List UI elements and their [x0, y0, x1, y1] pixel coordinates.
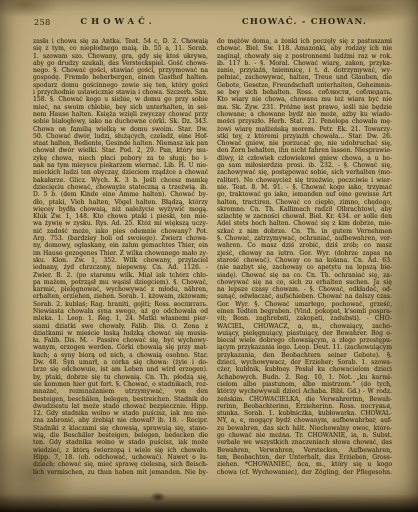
text-line: Kto wiary nie chowa, chowana mu też wiar…: [217, 96, 392, 103]
text-line: dliwy, iż człowiek człowiekowi gniew cho…: [217, 155, 392, 162]
text-line: ziehen. *CHOWANIEC, ńca, m., który się u…: [217, 461, 392, 468]
text-line: ma. Sk. Żyw. 231. Próżne iest prawo, ieś…: [217, 104, 392, 111]
text-line: Dw. 48. Syn umarł, a córka się chowa: (ż…: [33, 359, 208, 366]
text-line: przykazania, den Beobachtern seiner Gebo…: [217, 352, 392, 359]
text-line: lich vermischen, zu thun haben mit jeman…: [33, 469, 208, 476]
text-line: Gebote, Gesetze, Freundschaft unterhalte…: [217, 82, 392, 89]
paper-stain: [150, 492, 166, 502]
text-line: iącym przykazania iego. Leop. Deut. 11. …: [217, 344, 392, 351]
text-line: 158. §. Chować kogo u siebie, w domu go …: [33, 96, 208, 103]
text-line: nie. Teat. 8. M. 91. - §. Chować kogo ia…: [217, 184, 392, 191]
text-columns: zasła i chowa się za Antka. Teat. 54 c, …: [33, 38, 392, 476]
text-line: Kluk Zw. 1, 148. Kto chowa ptaki i piesk…: [33, 213, 208, 220]
text-line: vit; Bosn. zaghrebsti, zakopati, zadubst…: [217, 315, 392, 322]
text-line: 1. szowam szo. Chowany, gra, gdy się kto…: [33, 53, 208, 60]
text-line: sku. Klon. Zw. 1, 352. Wilk chowany, prz…: [33, 257, 208, 264]
text-line: stki tey, z któremi przyiaźń chowała... …: [217, 133, 392, 140]
text-line: Niewiasta chowała syna swego, aż go odch…: [33, 308, 208, 315]
text-line: staat halten, Bediente, Gesinde halten. …: [33, 140, 208, 147]
text-line: ła. Falib. Dis. M. - Passive chować się,…: [33, 337, 208, 344]
text-line: brze się odchowuie, ist am Leben und wir…: [33, 366, 208, 373]
text-line: go chować nie można. Tr. CHOWANIE, ia, n…: [217, 432, 392, 439]
text-line: zasła i chowa się za Antka. Teat. 54 c, …: [33, 38, 208, 45]
text-line: chowa (cf. Wychowaniec), der Zögling, de…: [217, 469, 392, 476]
text-line: Chowa on familią wielką w domu swoim. St…: [33, 126, 208, 133]
text-line: siadę). Chować się na co. Cn. Th. ochran…: [217, 272, 392, 279]
text-line: dziach: chować się, mieć sprawę cielesną…: [33, 461, 208, 468]
text-line: gospodę. Fremde beherbergen, einen Gasth…: [33, 74, 208, 81]
text-line: §. Chować, zatrzymywać, ochraniać, aufbe…: [217, 235, 392, 242]
text-line: dziecięciu chować, chowayże stateczną a …: [33, 184, 208, 191]
text-line: Stadniki z klaczami się chowaią, sprawui…: [33, 425, 208, 432]
text-line: żna zabronić, aby źrebiąt nie chował? ib…: [33, 417, 208, 424]
text-line: nak na tym mieyscu piekarzem wiernać. Li…: [33, 162, 208, 169]
text-line: go, traktować go iako, iemanden auf eine…: [217, 191, 392, 198]
text-line: bakałarze. Glicz. Wych. K. 3 b. Jeśli ch…: [33, 177, 208, 184]
text-line: rerinn, Beobachterinn, Erzieherinn. Ross…: [217, 403, 392, 410]
text-line: chować. Biel. Św. 118. Amazonki, aby rod…: [217, 45, 392, 52]
text-line: wuiący, pielęgnuiący, piastuiący, der Be…: [217, 330, 392, 337]
text-line: zjeść, choway na iutro. Gor. Wyr. (dobrz…: [217, 250, 392, 257]
text-line: wahren. Co masz dziś zrobić, dziś zrób; …: [217, 242, 392, 249]
text-line: ib. 117 b. - §. Moral. Chować wiarę, zak…: [217, 60, 392, 67]
text-line: WACIEL, CHOWACZ, a, m., chowaiący, zacho…: [217, 323, 392, 330]
dictionary-page: 258 CHOWAĆ. CHOWAĆ. - CHOWAN. zasła i ch…: [0, 0, 418, 512]
text-line: pa mażem, potrząsł mu wąsisl dziegciem).…: [33, 279, 208, 286]
text-line: Achabowych. Budn. 2. Reg. 10, 1. Not. „k…: [217, 374, 392, 381]
text-line: nego. §. Chować gości, stawiać gości, pr…: [33, 67, 208, 74]
text-line: (nie nazbyt się, zachoway co apetytu na …: [217, 264, 392, 271]
text-line: zaginął, chowały się z postronnemi ludźm…: [217, 53, 392, 60]
text-line: szkać z nim dobrze. Cn. Th. in gutem Ver…: [217, 228, 392, 235]
text-line: wa żywię w zysku. Rys. Ad. 25. Któż mi w…: [33, 220, 208, 227]
text-line: stunka. Sorab. 1. kubłnicżka, kubłowarka…: [217, 410, 392, 417]
text-line: dzieci, wychowywacz, der Erzieher; Sorab…: [217, 359, 392, 366]
text-line: aby go drudzy szukali, das Versteckspiel…: [33, 60, 208, 67]
text-line: się z tym, co niepłodnego maią. ib. 55 a…: [33, 45, 208, 52]
text-line: dwudziestu lat może stado chować bezpiec…: [33, 403, 208, 410]
text-line: zu bewahren, das sich hält. Niechowalny …: [217, 425, 392, 432]
text-line: kach; a syny biorą od nich, a chowaią os…: [33, 352, 208, 359]
text-line: iednany, żyd chrzczony, niepewny. Cn. Ad…: [33, 264, 208, 271]
text-line: mieckich ludzi ten obyczay, dzieciom rzą…: [33, 169, 208, 176]
text-line: halten, tractiren. Chować co ciepło, zim…: [217, 199, 392, 206]
text-line: Gor. Wyr. §. Chować umarłego, pochować, …: [217, 301, 392, 308]
text-line: karmić, pielęgnować, wychowywać z młodu,…: [33, 286, 208, 293]
text-line: siami dziatki swe chowały. Falib. Dis. O…: [33, 323, 208, 330]
text-line: zachowywać się, postępować sobie, sich v…: [217, 169, 392, 176]
text-line: ga sam miłosierdzia prosi. ib. 232. - §.…: [217, 162, 392, 169]
text-line: Chować gniew, nie porzucać go, nie udobr…: [217, 140, 392, 147]
text-line: NY, a, e, mogący bydź chowanym, aufbewah…: [217, 417, 392, 424]
text-line: verbale we wszystkich znaczeniach słowa …: [217, 439, 392, 446]
text-line: sunąć, odwłaczać, aufschieben. Chować na…: [217, 293, 392, 300]
text-line: ten, Beobachten, der Unterhalt, das Erzi…: [217, 454, 392, 461]
text-line: sie kommen hier gut fort. §. Chować, o s…: [33, 381, 208, 388]
text-line: 50. Chować dwór, ludzi, służących, czela…: [33, 133, 208, 140]
book-page-photo: 258 CHOWAĆ. CHOWAĆ. - CHOWAN. zasła i ch…: [0, 0, 418, 512]
text-line: żowi wiarę małżeńską morem. Petr. Ek. 21…: [217, 126, 392, 133]
text-line: chowywać się na co, sich zu erhalten suc…: [217, 279, 392, 286]
text-line: wanym, erzogen werden. Córki chowaią się…: [33, 344, 208, 351]
left-column: zasła i chowa się za Antka. Teat. 54 c, …: [33, 38, 208, 476]
text-line: Bewahren, Verwahren, Verstecken, Aufbewa…: [217, 447, 392, 454]
text-line: zykę chowa, niech płaci pobory za te słu…: [33, 155, 208, 162]
running-head-right: CHOWAĆ. - CHOWAN.: [215, 17, 394, 27]
text-line: besteigen, beschälen, belegen, bestreich…: [33, 396, 208, 403]
text-line: einen Todten begraben. (Vind. pokopat, k…: [217, 308, 392, 315]
text-line: biecał wiele dobrego chowaiącym, a złego…: [217, 337, 392, 344]
page-header: 258 CHOWAĆ. CHOWAĆ. - CHOWAN.: [30, 15, 394, 29]
text-line: im Hause gezogenes Thier. Z wilka chowan…: [33, 250, 208, 257]
text-line: erhalten, erziehen, ziehen. Sorab. 1. kż…: [33, 293, 208, 300]
text-line: mnażać, rozmnażaniem utrzymywać, von den…: [33, 388, 208, 395]
running-head-left: CHOWAĆ.: [30, 17, 206, 27]
text-line: sobie białogłowy, iako na duchowne córki…: [33, 118, 208, 125]
text-line: zanie, przyiaźń, taiemnicę, i t. d. dotr…: [217, 67, 392, 74]
text-line: wiedzieć, z którą świerzopą i wiele się …: [33, 447, 208, 454]
text-line: nić zadość może, iako pies odemnie chowa…: [33, 228, 208, 235]
text-line: D. 5 b. (dem Kinde eine Amme halten). Ch…: [33, 191, 208, 198]
text-line: chowane; a chowane bydź nie może, ażby k…: [217, 111, 392, 118]
text-line: Hipp. 7, 18. (ob. odchować, uchować). Na…: [33, 454, 208, 461]
text-line: nem Hause halten. Księża wzięli zwyczay …: [33, 111, 208, 118]
text-line: chował dwór wielki. Star. Pod. 2, 29. Pa…: [33, 147, 208, 154]
text-line: którzy wychowywali dzieci Achaba. Bibl. …: [217, 388, 392, 395]
text-line: Zwier. B. 2. (po staremu wilk. Miał iak …: [33, 272, 208, 279]
text-line: dło, ptaki, Vieh halten, Vögel halten. B…: [33, 199, 208, 206]
text-line: wią, die Beschäler besteigen, belegen, b…: [33, 432, 208, 439]
text-line: by, ptaki, dobrze się tu chowaią. Cn. Th…: [33, 374, 208, 381]
text-line: mleka. 1. Leop. 1. Reg. 1, 24. Matki wła…: [33, 315, 208, 322]
text-line: cżer, kubłnik, kubłney. Posłał ku chowac…: [217, 366, 392, 373]
text-line: pełniać, zachowywać, halten, Treue und G…: [217, 74, 392, 81]
text-line: spodarz domu gościnnego zowie się ten, k…: [33, 82, 208, 89]
text-line: dziatkami w mieście łaską ludzką chować …: [33, 330, 208, 337]
text-line: ny, domowy, ogłaskany, ein zahm gemachte…: [33, 242, 208, 249]
text-line: więcey bydła chowaią, niż należycie wyży…: [33, 206, 208, 213]
text-line: Arg. 753. (bardziey boli od swoiego). Zw…: [33, 235, 208, 242]
text-line: den Zorn behalten, ihn nicht fahren lass…: [217, 147, 392, 154]
text-line: starość chować). Choway co na kolana. Cn…: [217, 257, 392, 264]
text-line: cielom albo piastunom, albo mistrzom.” (…: [217, 381, 392, 388]
text-line: i przychodnie ustawicznie stawia i chowa…: [33, 89, 208, 96]
text-line: mości przyszło. Herb. Stat. 21. Penelopa…: [217, 118, 392, 125]
text-line: raliter). No chowaycież się trzeźwio, po…: [217, 177, 392, 184]
text-line: szlachtę w zacności chował. Biel. Kr. 43…: [217, 213, 392, 220]
text-line: se bey sich behalten. Ross. соблюсти, со…: [217, 89, 392, 96]
text-line: mieć, na swoim chlebie, bey sich unterha…: [33, 104, 208, 111]
text-line: żeńskim. CHOWACIELKA, die Verwahrerinn, …: [217, 396, 392, 403]
text-line: Sorab. 2. kublaś; Rag. hraniti, gojiti; …: [33, 301, 208, 308]
text-line: na lepsze czasy chowam. - §. Chować, odk…: [217, 286, 392, 293]
text-line: 12. Gdy stadnika wolno w stado puścisz, …: [33, 410, 208, 417]
text-line: do mężów doma, a żonki ich poczęły się z…: [217, 38, 392, 45]
right-column: do mężów doma, a żonki ich poczęły się z…: [217, 38, 392, 476]
text-line: ten. Gdy stadnika wolno w stado puścisz,…: [33, 439, 208, 446]
text-line: Adel stets hoch halten. Chować się z kim…: [217, 220, 392, 227]
text-line: skromno. Cn. Th. Kallimach radził Olbrac…: [217, 206, 392, 213]
